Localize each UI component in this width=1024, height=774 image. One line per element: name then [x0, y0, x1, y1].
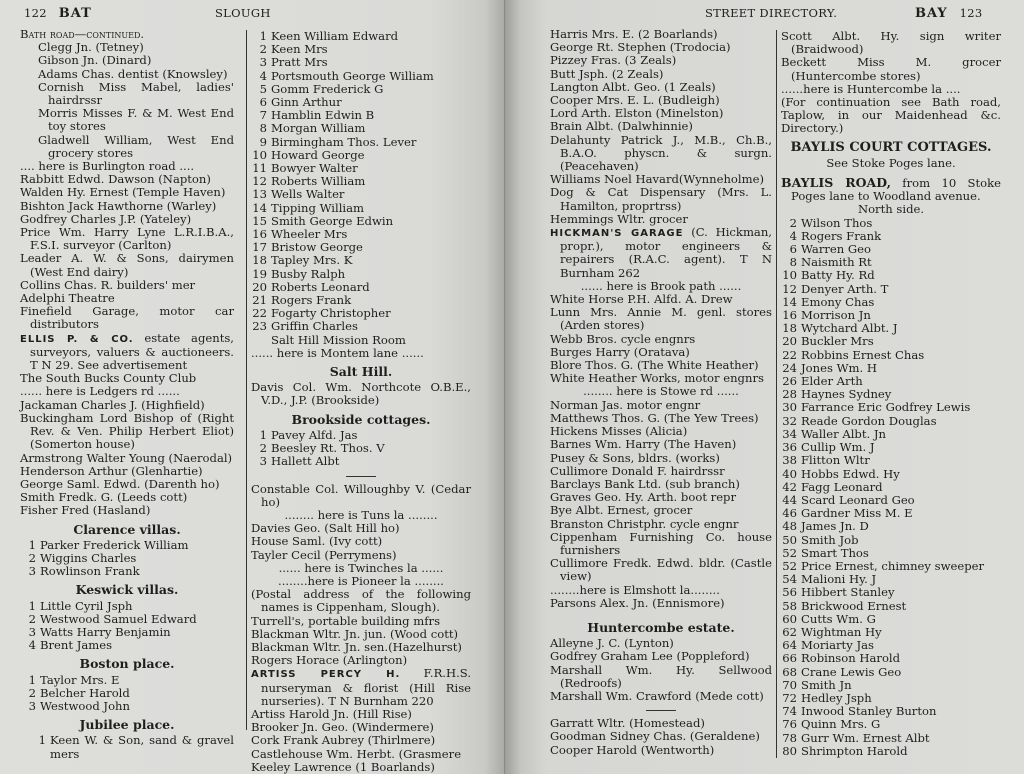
- advertiser-entry: ELLIS P. & CO. estate agents, surveyors,…: [20, 332, 234, 373]
- entry: Cippenham Furnishing Co. house furnisher…: [550, 531, 772, 557]
- entry: Jackaman Charles J. (Highfield): [20, 399, 234, 412]
- divider: [346, 476, 376, 477]
- advertiser-name: ARTISS PERCY H.: [251, 669, 400, 680]
- entry: Branston Christphr. cycle engnr: [550, 518, 772, 531]
- entry: Cooper Harold (Wentworth): [550, 744, 772, 757]
- numbered-entry: 1Keen W. & Son, sand & gravel mers: [20, 734, 234, 760]
- entry: Pusey & Sons, bldrs. (works): [550, 452, 772, 465]
- entry: Brain Albt. (Dalwhinnie): [550, 120, 772, 133]
- entry: Price Wm. Harry Lyne L.R.I.B.A., F.S.I. …: [20, 226, 234, 252]
- continuation-note: (For continuation see Bath road, Taplow,…: [781, 96, 1001, 136]
- entry: Morris Misses F. & M. West End toy store…: [20, 107, 234, 133]
- street-marker: ...... here is Ledgers rd ......: [20, 385, 234, 398]
- cross-reference: See Stoke Poges lane.: [781, 157, 1001, 170]
- numbered-entry: 3Hallett Albt: [251, 455, 471, 468]
- right-page-header: BAY 123: [915, 6, 982, 21]
- advertiser-entry: HICKMAN'S GARAGE (C. Hickman, propr.), m…: [550, 226, 772, 280]
- entry: Finefield Garage, motor car distributors: [20, 305, 234, 331]
- entry: Cork Frank Aubrey (Thirlmere): [251, 734, 471, 747]
- left-page-header: 122 BAT: [24, 6, 92, 21]
- numbered-entry: 23Griffin Charles: [251, 320, 471, 333]
- entry: Butt Jsph. (2 Zeals): [550, 68, 772, 81]
- entry: Adams Chas. dentist (Knowsley): [20, 68, 234, 81]
- entry: Walden Hy. Ernest (Temple Haven): [20, 186, 234, 199]
- entry: Davis Col. Wm. Northcote O.B.E., V.D., J…: [251, 381, 471, 407]
- entry: House Saml. (Ivy cott): [251, 535, 471, 548]
- numbered-list: 1Keen William Edward 2Keen Mrs 3Pratt Mr…: [251, 30, 471, 334]
- subsection-heading: Boston place.: [20, 657, 234, 670]
- postal-note: (Postal address of the following names i…: [251, 588, 471, 614]
- entry: Leader A. W. & Sons, dairymen (West End …: [20, 252, 234, 278]
- advertiser-entry: ARTISS PERCY H. F.R.H.S. nurseryman & fl…: [251, 667, 471, 708]
- book-spread: 122 BAT SLOUGH Bath road—continued. Cleg…: [0, 0, 1024, 774]
- entry: Barnes Wm. Harry (The Haven): [550, 438, 772, 451]
- entry: Tayler Cecil (Perrymens): [251, 549, 471, 562]
- entry: Pizzey Fras. (3 Zeals): [550, 54, 772, 67]
- numbered-entry: 80Shrimpton Harold: [781, 745, 1001, 758]
- page-number: 123: [960, 6, 983, 20]
- entry: Marshall Wm. Hy. Sellwood (Redroofs): [550, 664, 772, 690]
- entry: Gibson Jn. (Dinard): [20, 54, 234, 67]
- entry: Lunn Mrs. Annie M. genl. stores (Arden s…: [550, 306, 772, 332]
- running-title: STREET DIRECTORY.: [705, 6, 837, 20]
- entry: Marshall Wm. Crawford (Mede cott): [550, 690, 772, 703]
- subsection-heading: Huntercombe estate.: [550, 621, 772, 634]
- right-page: STREET DIRECTORY. BAY 123 Harris Mrs. E.…: [505, 0, 1024, 774]
- numbered-entry: 3Rowlinson Frank: [20, 565, 234, 578]
- street-marker: ...... here is Twinches la ......: [251, 562, 471, 575]
- entry: Scott Albt. Hy. sign writer (Braidwood): [781, 30, 1001, 56]
- running-title: SLOUGH: [215, 6, 271, 20]
- numbered-entry: 3Westwood John: [20, 700, 234, 713]
- entry: Henderson Arthur (Glenhartie): [20, 465, 234, 478]
- entry: Castlehouse Wm. Herbt. (Grasmere: [251, 748, 471, 761]
- entry: Bye Albt. Ernest, grocer: [550, 504, 772, 517]
- street-heading: BAYLIS ROAD, from 10 Stoke Poges lane to…: [781, 176, 1001, 203]
- entry: Gladwell William, West End grocery store…: [20, 134, 234, 160]
- subsection-heading: Brookside cottages.: [251, 413, 471, 426]
- entry: Constable Col. Willoughby V. (Cedar ho): [251, 483, 471, 509]
- subsection-heading: Clarence villas.: [20, 523, 234, 536]
- entry: Turrell's, portable building mfrs: [251, 615, 471, 628]
- entry: Salt Hill Mission Room: [251, 334, 471, 347]
- entry: Webb Bros. cycle engnrs: [550, 333, 772, 346]
- entry: Goodman Sidney Chas. (Geraldene): [550, 730, 772, 743]
- street-heading: BAYLIS COURT COTTAGES.: [781, 141, 1001, 154]
- numbered-list: 2Wilson Thos4Rogers Frank6Warren Geo8Nai…: [781, 217, 1001, 758]
- subsection-heading: Salt Hill.: [251, 365, 471, 378]
- entry: Norman Jas. motor engnr: [550, 399, 772, 412]
- catch-word: BAY: [915, 6, 948, 21]
- divider: [646, 710, 676, 711]
- entry: Dog & Cat Dispensary (Mrs. L. Hamilton, …: [550, 186, 772, 212]
- advertiser-name: HICKMAN'S GARAGE: [550, 228, 683, 239]
- entry: Beckett Miss M. grocer (Huntercombe stor…: [781, 56, 1001, 82]
- left-column-2: 1Keen William Edward 2Keen Mrs 3Pratt Mr…: [246, 30, 471, 730]
- subsection-heading: Keswick villas.: [20, 583, 234, 596]
- catch-word: BAT: [59, 6, 92, 21]
- street-marker: ........here is Elmshott la........: [550, 584, 772, 597]
- advertiser-name: ELLIS P. & CO.: [20, 334, 134, 345]
- entry: Parsons Alex. Jn. (Ennismore): [550, 597, 772, 610]
- numbered-entry: 4Brent James: [20, 639, 234, 652]
- entry: Godfrey Graham Lee (Poppleford): [550, 650, 772, 663]
- entry: Buckingham Lord Bishop of (Right Rev. & …: [20, 412, 234, 452]
- left-page: 122 BAT SLOUGH Bath road—continued. Cleg…: [0, 0, 505, 774]
- street-marker: ...... here is Montem lane ......: [251, 347, 471, 360]
- entry: Delahunty Patrick J., M.B., Ch.B., B.A.O…: [550, 134, 772, 174]
- subsection-heading: Jubilee place.: [20, 718, 234, 731]
- entry: Armstrong Walter Young (Naerodal): [20, 452, 234, 465]
- page-number: 122: [24, 6, 47, 20]
- entry: Cornish Miss Mabel, ladies' hairdrssr: [20, 81, 234, 107]
- entry: Cullimore Fredk. Edwd. bldr. (Castle vie…: [550, 557, 772, 583]
- right-column-1: Harris Mrs. E. (2 Boarlands) George Rt. …: [550, 28, 772, 757]
- entry: Keeley Lawrence (1 Boarlands): [251, 761, 471, 774]
- street-marker: ........ here is Stowe rd ......: [550, 385, 772, 398]
- right-column-2: Scott Albt. Hy. sign writer (Braidwood) …: [776, 30, 1001, 758]
- left-column-1: Bath road—continued. Clegg Jn. (Tetney) …: [20, 28, 234, 761]
- entry: Blackman Wltr. Jn. jun. (Wood cott): [251, 628, 471, 641]
- entry: Bishton Jack Hawthorne (Warley): [20, 200, 234, 213]
- entry: Fisher Fred (Hasland): [20, 504, 234, 517]
- entry: Cullimore Donald F. hairdrssr: [550, 465, 772, 478]
